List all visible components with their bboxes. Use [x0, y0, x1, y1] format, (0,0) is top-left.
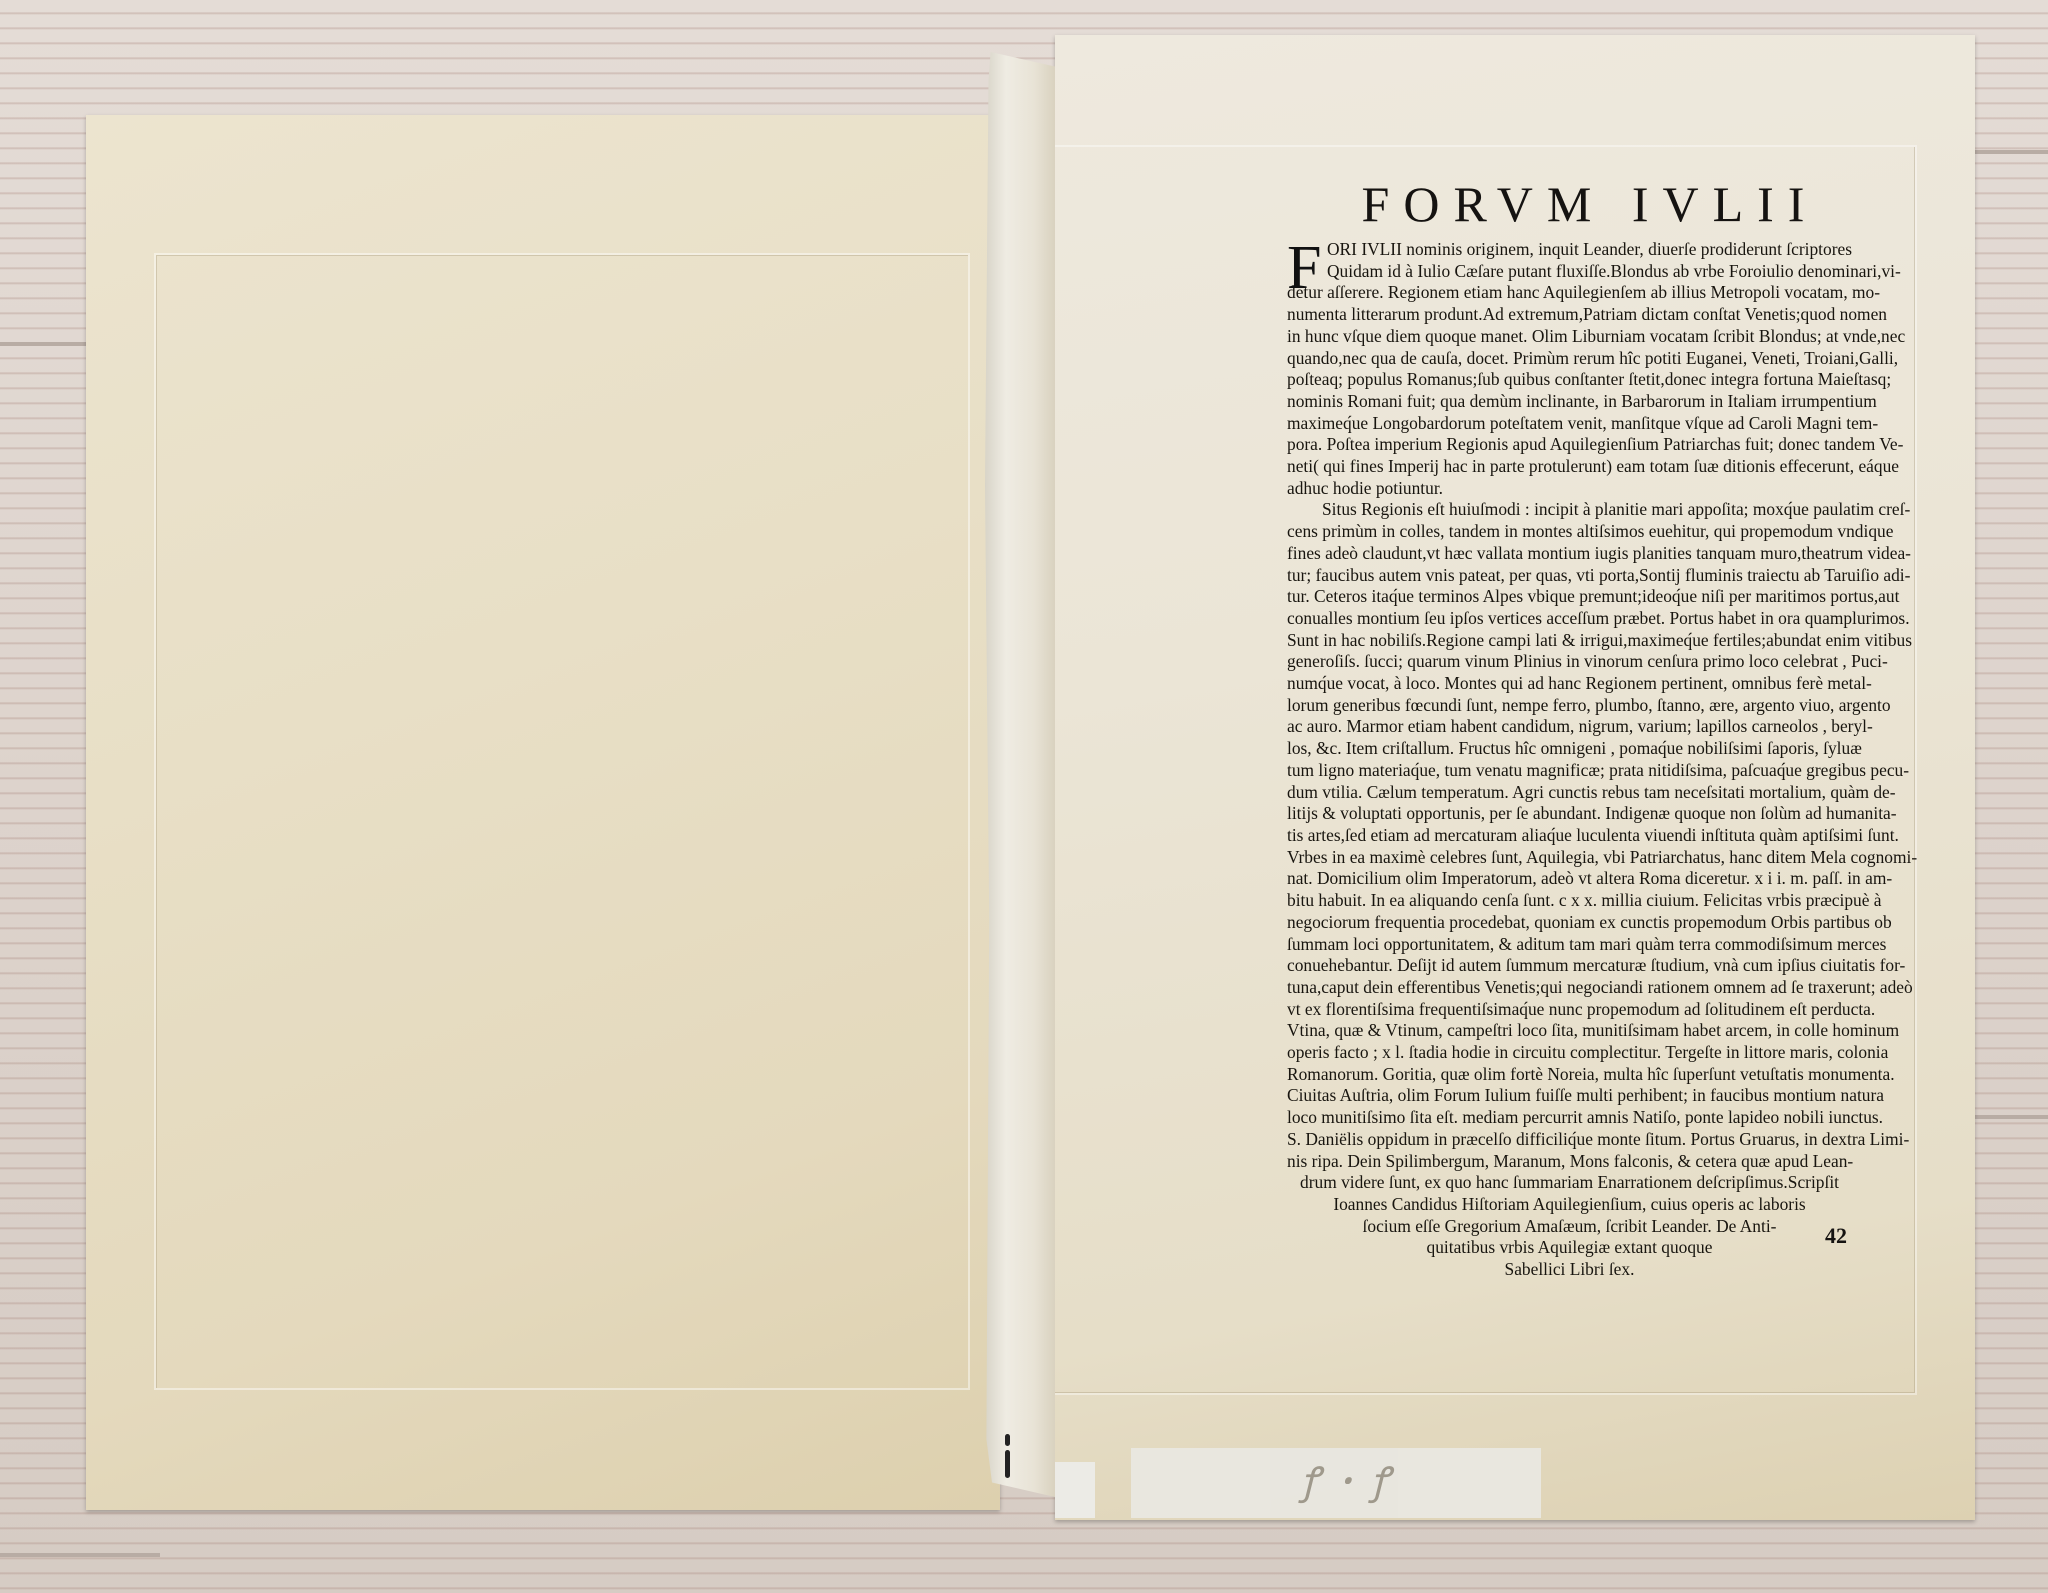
- text-line: nis ripa. Dein Spilimbergum, Maranum, Mo…: [1287, 1151, 1852, 1173]
- text-line: tur; faucibus autem vnis pateat, per qua…: [1287, 565, 1852, 587]
- text-line: tur. Ceteros itaq́ue terminos Alpes vbiq…: [1287, 586, 1852, 608]
- text-line: ac auro. Marmor etiam habent candidum, n…: [1287, 716, 1852, 738]
- pencil-inscription: ꝭ ꞏ ꝭ: [1301, 1454, 1393, 1506]
- text-line: maximeq́ue Longobardorum poteſtatem veni…: [1287, 413, 1852, 435]
- page-title: FORVM IVLII: [1055, 175, 1975, 233]
- text-line: tum ligno materiaq́ue, tum venatu magnif…: [1287, 760, 1852, 782]
- text-line: adhuc hodie potiuntur.: [1287, 478, 1852, 500]
- text-line: ſocium eſſe Gregorium Amaſæum, ſcribit L…: [1287, 1216, 1852, 1238]
- left-blank-sheet: [86, 115, 1000, 1510]
- paragraph-1: ORI IVLII nominis originem, inquit Leand…: [1287, 239, 1852, 499]
- drop-cap: F: [1287, 243, 1321, 293]
- archival-label-strip: ꝭ ꞏ ꝭ: [1131, 1448, 1541, 1518]
- text-line: tis artes,ſed etiam ad mercaturam aliaq́…: [1287, 825, 1852, 847]
- paper-patch: [1055, 1462, 1095, 1518]
- text-line: pora. Poſtea imperium Regionis apud Aqui…: [1287, 434, 1852, 456]
- text-line: generoſiſs. ſucci; quarum vinum Plinius …: [1287, 651, 1852, 673]
- closing-paragraph: nis ripa. Dein Spilimbergum, Maranum, Mo…: [1287, 1151, 1852, 1281]
- text-line: fines adeò claudunt,vt hæc vallata monti…: [1287, 543, 1852, 565]
- text-line: cens primùm in colles, tandem in montes …: [1287, 521, 1852, 543]
- page-number: 42: [1825, 1223, 1847, 1249]
- text-line: Situs Regionis eſt huiuſmodi : incipit à…: [1287, 499, 1852, 521]
- text-line: Sabellici Libri ſex.: [1287, 1259, 1852, 1281]
- text-line: in hunc vſque diem quoque manet. Olim Li…: [1287, 326, 1852, 348]
- text-line: Romanorum. Goritia, quæ olim fortè Norei…: [1287, 1064, 1852, 1086]
- right-text-sheet: FORVM IVLII F ORI IVLII nominis originem…: [1055, 35, 1975, 1520]
- text-line: los, &c. Item criſtallum. Fructus hîc om…: [1287, 738, 1852, 760]
- text-line: negociorum frequentia procedebat, quonia…: [1287, 912, 1852, 934]
- text-line: Sunt in hac nobiliſs.Regione campi lati …: [1287, 630, 1852, 652]
- text-line: Ioannes Candidus Hiſtoriam Aquilegienſiu…: [1287, 1194, 1852, 1216]
- text-line: vt ex florentiſsima frequentiſsimaq́ue n…: [1287, 999, 1852, 1021]
- text-line: numenta litterarum produnt.Ad extremum,P…: [1287, 304, 1852, 326]
- text-line: Vrbes in ea maximè celebres ſunt, Aquile…: [1287, 847, 1852, 869]
- text-line: Vtina, quæ & Vtinum, campeſtri loco ſita…: [1287, 1020, 1852, 1042]
- text-line: ſummam loci opportunitatem, & aditum tam…: [1287, 934, 1852, 956]
- body-text: F ORI IVLII nominis originem, inquit Lea…: [1287, 239, 1852, 1281]
- text-line: Quidam id à Iulio Cæſare putant fluxiſſe…: [1287, 261, 1852, 283]
- plank-gap: [0, 1553, 160, 1557]
- text-line: dum vtilia. Cælum temperatum. Agri cunct…: [1287, 782, 1852, 804]
- text-line: S. Daniëlis oppidum in præcelſo difficil…: [1287, 1129, 1852, 1151]
- text-line: conualles montium ſeu ipſos vertices acc…: [1287, 608, 1852, 630]
- plate-mark: [154, 253, 970, 1390]
- text-line: conuehebantur. Deſijt id autem ſummum me…: [1287, 955, 1852, 977]
- text-line: Ciuitas Auſtria, olim Forum Iulium fuiſſ…: [1287, 1085, 1852, 1107]
- text-line: quitatibus vrbis Aquilegiæ extant quoque: [1287, 1237, 1852, 1259]
- text-line: operis facto ; x l. ſtadia hodie in circ…: [1287, 1042, 1852, 1064]
- text-line: ORI IVLII nominis originem, inquit Leand…: [1287, 239, 1852, 261]
- ink-mark: [1005, 1434, 1010, 1446]
- text-line: lorum generibus fœcundi ſunt, nempe ferr…: [1287, 695, 1852, 717]
- text-line: neti( qui fines Imperij hac in parte pro…: [1287, 456, 1852, 478]
- text-line: litijs & voluptati opportunis, per ſe ab…: [1287, 803, 1852, 825]
- text-line: quando,nec qua de cauſa, docet. Primùm r…: [1287, 348, 1852, 370]
- text-line: bitu habuit. In ea aliquando cenſa ſunt.…: [1287, 890, 1852, 912]
- text-line: nominis Romani fuit; qua demùm inclinant…: [1287, 391, 1852, 413]
- text-line: numq́ue vocat, à loco. Montes qui ad han…: [1287, 673, 1852, 695]
- text-line: tuna,caput dein efferentibus Venetis;qui…: [1287, 977, 1852, 999]
- text-line: drum videre ſunt, ex quo hanc ſummariam …: [1287, 1172, 1852, 1194]
- hinge-tape: [985, 52, 1055, 1497]
- text-line: nat. Domicilium olim Imperatorum, adeò v…: [1287, 868, 1852, 890]
- text-line: poſteaq; populus Romanus;ſub quibus conſ…: [1287, 369, 1852, 391]
- ink-mark: [1005, 1450, 1010, 1478]
- paragraph-2: Situs Regionis eſt huiuſmodi : incipit à…: [1287, 499, 1852, 1150]
- text-line: loco munitiſsimo ſita eſt. mediam percur…: [1287, 1107, 1852, 1129]
- text-line: detur aſſerere. Regionem etiam hanc Aqui…: [1287, 282, 1852, 304]
